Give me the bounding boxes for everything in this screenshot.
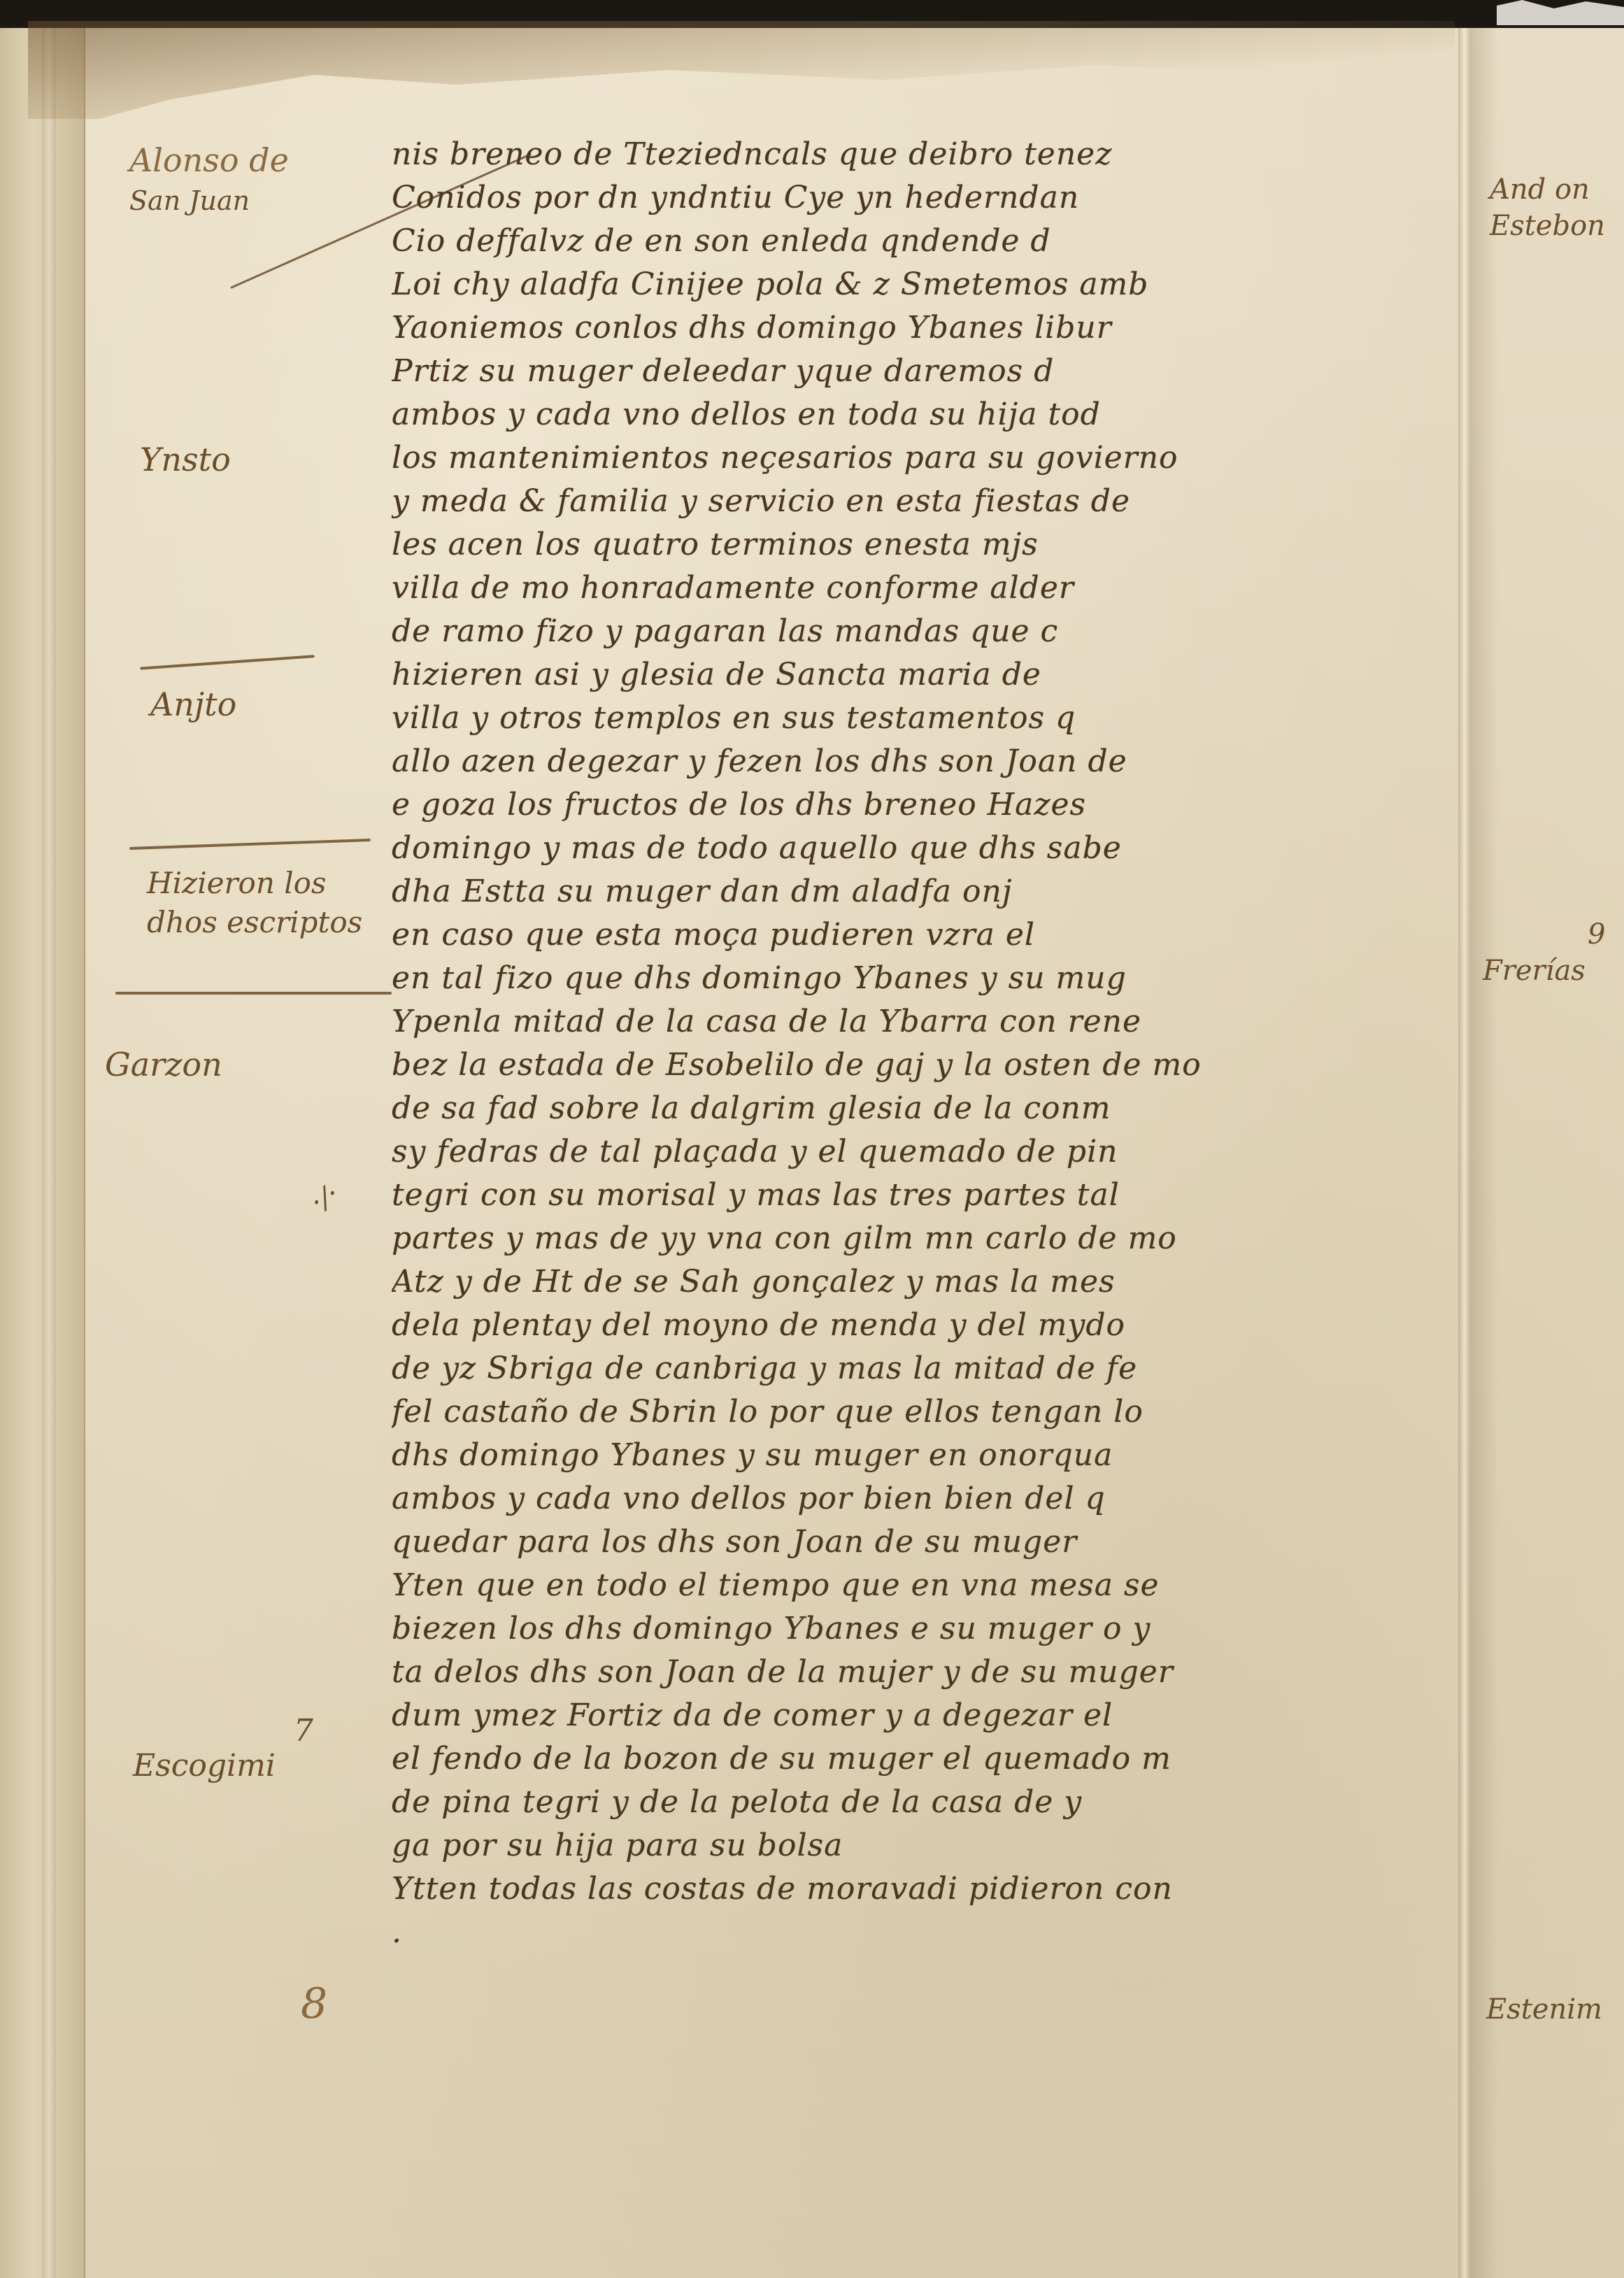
text-line: de sa fad sobre la dalgrim glesia de la …	[392, 1087, 1483, 1130]
text-line: Ytten todas las costas de moravadi pidie…	[392, 1867, 1483, 1911]
right-margin-note-1: And on Estebon	[1490, 171, 1605, 244]
text-line: de pina tegri y de la pelota de la casa …	[392, 1781, 1483, 1824]
margin-note-1-line1: Alonso de	[129, 140, 289, 180]
right-margin-note-2: 9 Frerías	[1483, 916, 1605, 989]
text-line: biezen los dhs domingo Ybanes e su muger…	[392, 1607, 1483, 1651]
text-line: partes y mas de yy vna con gilm mn carlo…	[392, 1217, 1483, 1260]
text-line: ambos y cada vno dellos por bien bien de…	[392, 1477, 1483, 1521]
margin-note-7: 7 Escogimi	[133, 1714, 313, 1784]
text-line: Ypenla mitad de la casa de la Ybarra con…	[392, 1000, 1483, 1044]
margin-note-2: Ynsto	[140, 441, 231, 478]
text-line: de yz Sbriga de canbriga y mas la mitad …	[392, 1347, 1483, 1390]
text-line: quedar para los dhs son Joan de su muger	[392, 1521, 1483, 1564]
text-line: dum ymez Fortiz da de comer y a degezar …	[392, 1694, 1483, 1737]
text-line: y meda & familia y servicio en esta fies…	[392, 480, 1483, 523]
text-line: fel castaño de Sbrin lo por que ellos te…	[392, 1390, 1483, 1434]
margin-note-1-line2: San Juan	[129, 180, 289, 221]
text-line: Prtiz su muger deleedar yque daremos d	[392, 350, 1483, 393]
text-line: tegri con su morisal y mas las tres part…	[392, 1174, 1483, 1217]
right-margin-note-1-line2: Estebon	[1490, 208, 1605, 244]
text-line: villa de mo honradamente conforme alder	[392, 567, 1483, 610]
margin-note-6: ·/·	[305, 1177, 345, 1218]
page-left-edge	[0, 28, 85, 2278]
text-line: Yten que en todo el tiempo que en vna me…	[392, 1564, 1483, 1607]
margin-rule	[115, 992, 392, 995]
margin-rule	[140, 655, 315, 669]
text-line: Loi chy aladfa Cinijee pola & z Smetemos…	[392, 263, 1483, 306]
text-line: Yaoniemos conlos dhs domingo Ybanes libu…	[392, 306, 1483, 350]
text-line: ta delos dhs son Joan de la mujer y de s…	[392, 1651, 1483, 1694]
text-line: el fendo de la bozon de su muger el quem…	[392, 1737, 1483, 1781]
text-line: Conidos por dn yndntiu Cye yn hederndan	[392, 176, 1483, 220]
text-line: ambos y cada vno dellos en toda su hija …	[392, 393, 1483, 436]
right-margin-note-2-line1: 9	[1483, 916, 1605, 953]
text-line: sy fedras de tal plaçada y el quemado de…	[392, 1130, 1483, 1174]
margin-rule	[129, 839, 371, 850]
text-line: les acen los quatro terminos enesta mjs	[392, 523, 1483, 567]
text-line: Cio deffalvz de en son enleda qndende d	[392, 220, 1483, 263]
text-line: hizieren asi y glesia de Sancta maria de	[392, 653, 1483, 697]
margin-note-3: Anjto	[150, 685, 236, 723]
text-line: ga por su hija para su bolsa	[392, 1824, 1483, 1867]
right-margin-note-3: Estenim	[1486, 1993, 1602, 2026]
margin-note-1: Alonso de San Juan	[129, 140, 289, 221]
page-edge-fold	[42, 28, 56, 2278]
text-line: los mantenimientos neçesarios para su go…	[392, 436, 1483, 480]
margin-note-4: Hizieron los dhos escriptos	[147, 864, 362, 942]
margin-note-5: Garzon	[105, 1046, 222, 1083]
margin-note-4-line1: Hizieron los	[147, 864, 362, 903]
text-line: dela plentay del moyno de menda y del my…	[392, 1304, 1483, 1347]
text-line: bez la estada de Esobelilo de gaj y la o…	[392, 1044, 1483, 1087]
text-line: dhs domingo Ybanes y su muger en onorqua	[392, 1434, 1483, 1477]
right-margin-note-1-line1: And on	[1490, 171, 1605, 208]
text-line: dha Estta su muger dan dm aladfa onj	[392, 870, 1483, 913]
text-line: allo azen degezar y fezen los dhs son Jo…	[392, 740, 1483, 783]
text-line: en caso que esta moça pudieren vzra el	[392, 913, 1483, 957]
text-line: en tal fizo que dhs domingo Ybanes y su …	[392, 957, 1483, 1000]
body-text: nis breneo de Tteziedncals que deibro te…	[392, 133, 1483, 1954]
text-line: .	[392, 1911, 1483, 1954]
margin-note-7-line1: 7	[133, 1714, 313, 1749]
text-line: de ramo fizo y pagaran las mandas que c	[392, 610, 1483, 653]
torn-top-edge	[28, 21, 1455, 119]
margin-note-4-line2: dhos escriptos	[147, 903, 362, 942]
text-line: e goza los fructos de los dhs breneo Haz…	[392, 783, 1483, 827]
text-line: villa y otros templos en sus testamentos…	[392, 697, 1483, 740]
folio-mark: 8	[301, 1979, 327, 2028]
margin-note-7-line2: Escogimi	[133, 1749, 313, 1784]
text-line: Atz y de Ht de se Sah gonçalez y mas la …	[392, 1260, 1483, 1304]
torn-corner	[1497, 0, 1624, 25]
text-line: nis breneo de Tteziedncals que deibro te…	[392, 133, 1483, 176]
text-line: domingo y mas de todo aquello que dhs sa…	[392, 827, 1483, 870]
right-margin-note-2-line2: Frerías	[1483, 953, 1605, 989]
manuscript-page: Alonso de San Juan Ynsto Anjto Hizieron …	[0, 28, 1624, 2278]
